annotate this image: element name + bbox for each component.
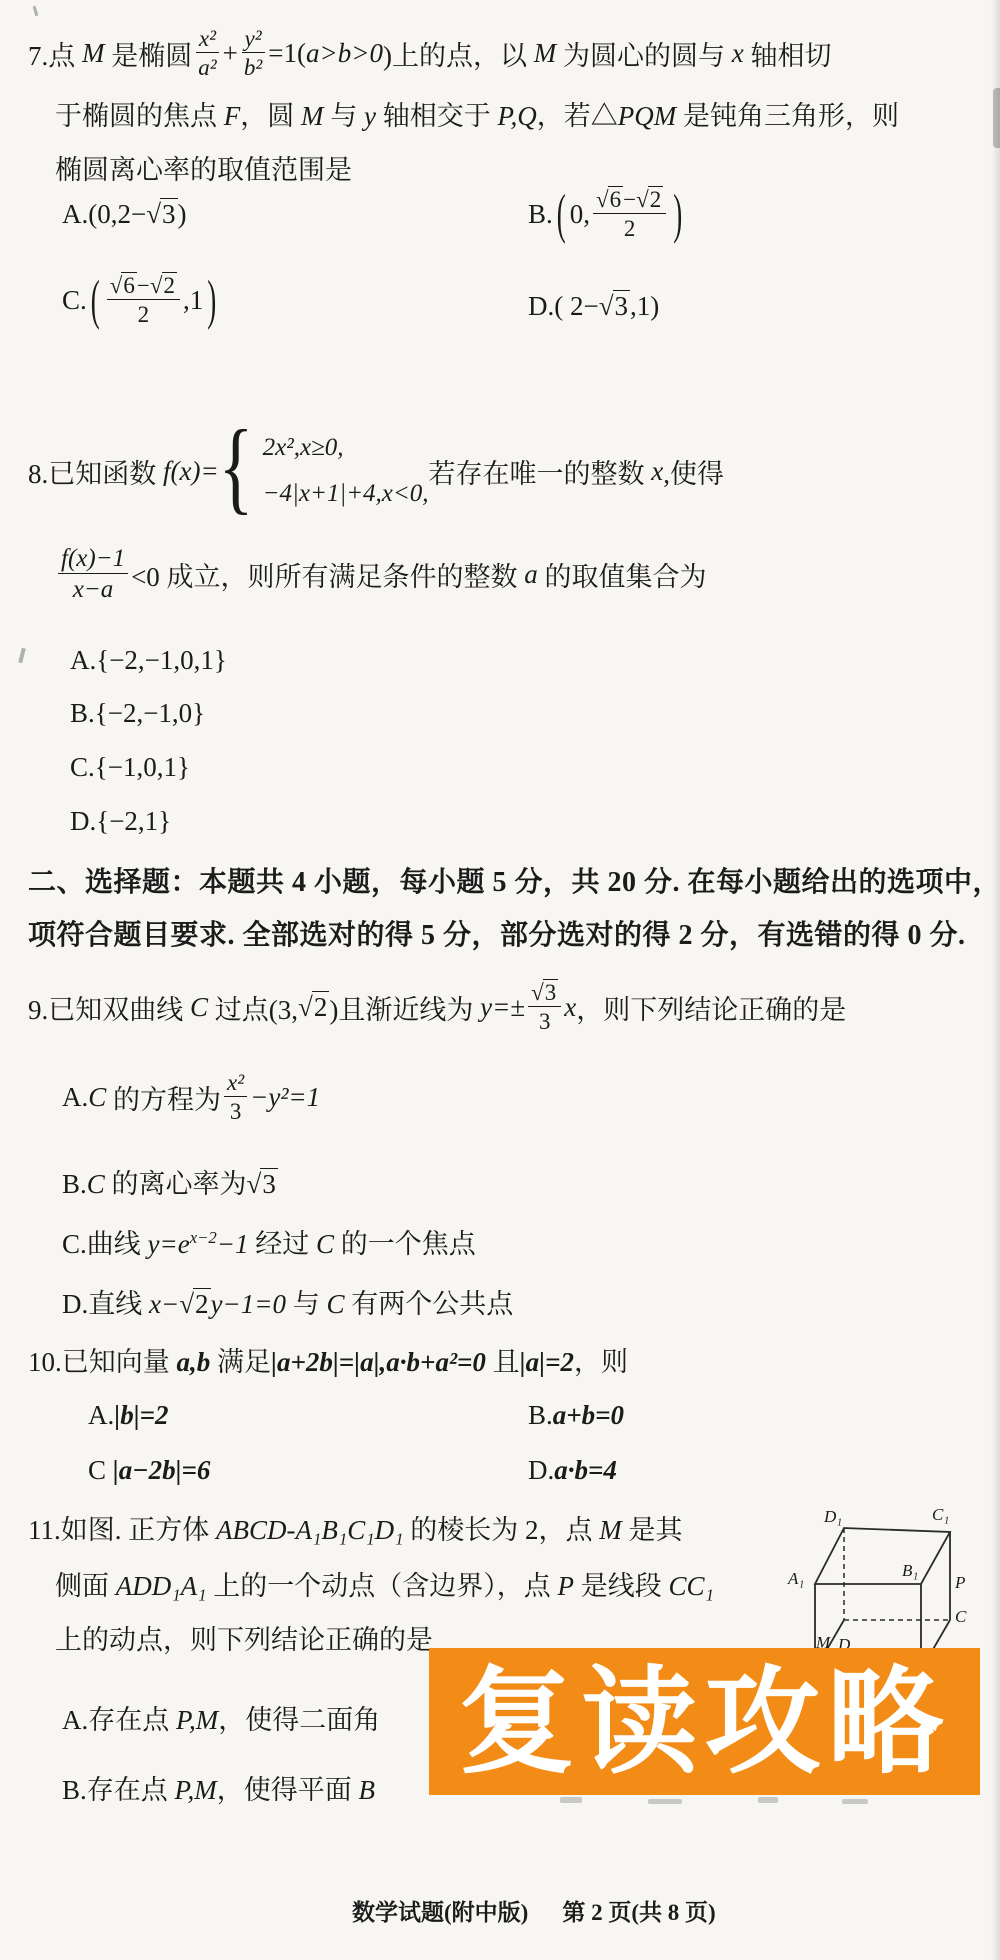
fraction: √6−√22 <box>107 272 180 328</box>
section2-header-line1: 二、选择题：本题共 4 小题，每小题 5 分，共 20 分. 在每小题给出的选项… <box>28 860 1000 900</box>
radical: √3 <box>599 290 630 322</box>
scan-artifact <box>648 1799 682 1804</box>
footer-page-number: 第 2 页(共 8 页) <box>562 1900 715 1925</box>
radical: √2 <box>150 272 177 299</box>
piecewise-cases: 2x²,x≥0,−4|x+1|+4,x<0, <box>263 434 429 508</box>
radical: √2 <box>636 186 663 213</box>
cube-diagram: D₁ C₁ A₁ B₁ P C M D <box>778 1496 1000 1658</box>
vertex-label-c1: C₁ <box>932 1505 949 1524</box>
scan-artifact <box>842 1799 868 1804</box>
radical: √6 <box>110 272 137 299</box>
radical: √3 <box>531 979 558 1006</box>
scan-artifact <box>758 1797 778 1803</box>
q10-option-b: B.a+b=0 <box>528 1400 624 1431</box>
exam-page: 7.点 M 是椭圆x²a²+y²b²=1(a>b>0)上的点，以 M 为圆心的圆… <box>0 0 1000 1960</box>
radical: √3 <box>247 1168 278 1200</box>
q11-statement-line2: 侧面 ADD₁A₁ 上的一个动点（含边界），点 P 是线段 CC₁ <box>55 1564 714 1603</box>
q8-statement-line1: 8.已知函数 f(x)={2x²,x≥0,−4|x+1|+4,x<0,若存在唯一… <box>28 418 724 524</box>
fraction: y²b² <box>241 25 265 81</box>
watermark-text: 复读攻略 <box>459 1664 951 1780</box>
q10-option-c: C |a−2b|=6 <box>88 1455 210 1486</box>
q9-option-a: A.C 的方程为x²3−y²=1 <box>62 1062 320 1132</box>
q9-option-c: C.曲线 y=ex−2−1 经过 C 的一个焦点 <box>62 1222 476 1261</box>
q9-statement: 9.已知双曲线 C 过点(3,√2)且渐近线为 y=±√33x，则下列结论正确的… <box>28 970 846 1044</box>
page-footer: 数学试题(附中版)第 2 页(共 8 页) <box>352 1894 750 1927</box>
q8-option-d: D.{−2,1} <box>70 806 171 837</box>
fraction: √33 <box>528 979 561 1035</box>
q11-statement-line3: 上的动点，则下列结论正确的是 <box>55 1618 433 1657</box>
radical: √6 <box>596 186 623 213</box>
section2-header-line2: 项符合题目要求. 全部选对的得 5 分，部分选对的得 2 分，有选错的得 0 分… <box>28 913 966 953</box>
q7-option-c: C.(√6−√22,1) <box>62 258 220 342</box>
radical: √2 <box>179 1288 210 1320</box>
vertex-label-d1: D₁ <box>823 1507 842 1526</box>
scan-artifact <box>33 6 39 16</box>
q10-statement: 10.已知向量 a,b 满足|a+2b|=|a|,a·b+a²=0 且|a|=2… <box>28 1340 628 1379</box>
cube-figure: D₁ C₁ A₁ B₁ P C M D <box>778 1496 1000 1658</box>
vertex-label-p: P <box>954 1573 965 1592</box>
q10-option-d: D.a·b=4 <box>528 1455 617 1486</box>
fraction: x²a² <box>195 25 219 81</box>
scan-artifact <box>18 648 26 664</box>
vertex-label-a1: A₁ <box>787 1569 804 1588</box>
q8-option-b: B.{−2,−1,0} <box>70 698 205 729</box>
q7-option-d: D.( 2−√3,1) <box>528 290 659 322</box>
footer-exam-title: 数学试题(附中版) <box>352 1900 528 1925</box>
fraction: x²3 <box>224 1069 247 1125</box>
q11-option-a: A.存在点 P,M，使得二面角 <box>62 1698 380 1737</box>
fraction: f(x)−1x−a <box>58 544 128 605</box>
radical: √3 <box>146 198 177 230</box>
q7-statement-line3: 椭圆离心率的取值范围是 <box>55 148 352 187</box>
vertex-label-b1: B₁ <box>902 1561 918 1580</box>
q9-option-b: B.C 的离心率为√3 <box>62 1162 278 1201</box>
q9-option-d: D.直线 x−√2y−1=0 与 C 有两个公共点 <box>62 1282 513 1321</box>
q11-statement-line1: 11.如图. 正方体 ABCD-A₁B₁C₁D₁ 的棱长为 2，点 M 是其 <box>28 1508 683 1547</box>
vertex-label-c: C <box>955 1607 967 1626</box>
q7-option-a: A.(0,2−√3) <box>62 198 187 230</box>
q8-option-a: A.{−2,−1,0,1} <box>70 645 227 676</box>
cube-top-face <box>815 1528 950 1584</box>
q8-statement-line2: f(x)−1x−a<0 成立，则所有满足条件的整数 a 的取值集合为 <box>55 530 707 618</box>
q7-statement-line1: 7.点 M 是椭圆x²a²+y²b²=1(a>b>0)上的点，以 M 为圆心的圆… <box>28 20 831 86</box>
watermark-banner: 复读攻略 <box>429 1648 980 1795</box>
page-edge-shade <box>991 0 1000 1960</box>
q8-option-c: C.{−1,0,1} <box>70 752 190 783</box>
radical: √2 <box>298 991 329 1023</box>
fraction: √6−√22 <box>593 186 666 242</box>
q10-option-a: A.|b|=2 <box>88 1400 169 1431</box>
q7-option-b: B.(0,√6−√22) <box>528 172 686 256</box>
scan-artifact <box>560 1797 582 1803</box>
q11-option-b: B.存在点 P,M，使得平面 B <box>62 1768 375 1807</box>
q7-statement-line2: 于椭圆的焦点 F，圆 M 与 y 轴相交于 P,Q，若△PQM 是钝角三角形，则 <box>55 94 899 133</box>
